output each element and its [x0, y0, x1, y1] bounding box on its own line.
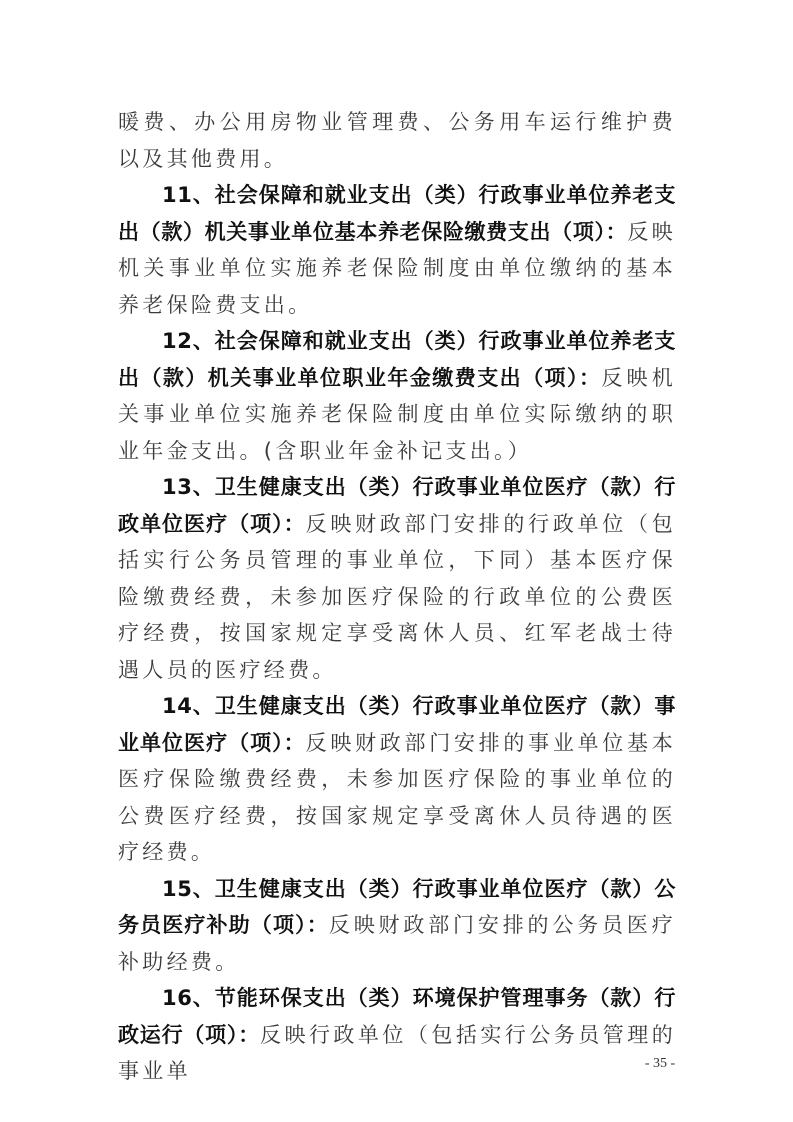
document-body: 暖费、办公用房物业管理费、公务用车运行维护费以及其他费用。 11、社会保障和就业… [118, 104, 676, 1090]
paragraph-item-11: 11、社会保障和就业支出（类）行政事业单位养老支出（款）机关事业单位基本养老保险… [118, 177, 676, 323]
paragraph-heading: 12、社会保障和就业支出（类）行政事业单位养老支出（款）机关事业单位职业年金缴费… [118, 329, 676, 390]
paragraph-text: 反映财政部门安排的行政单位（包括实行公务员管理的事业单位，下同）基本医疗保险缴费… [118, 512, 676, 682]
paragraph-item-13: 13、卫生健康支出（类）行政事业单位医疗（款）行政单位医疗（项）：反映财政部门安… [118, 469, 676, 688]
document-page: 暖费、办公用房物业管理费、公务用车运行维护费以及其他费用。 11、社会保障和就业… [0, 0, 793, 1122]
page-number: - 35 - [600, 1056, 720, 1072]
paragraph-heading: 11、社会保障和就业支出（类）行政事业单位养老支出（款）机关事业单位基本养老保险… [118, 183, 676, 244]
paragraph-item-14: 14、卫生健康支出（类）行政事业单位医疗（款）事业单位医疗（项）：反映财政部门安… [118, 688, 676, 871]
paragraph-item-15: 15、卫生健康支出（类）行政事业单位医疗（款）公务员医疗补助（项）：反映财政部门… [118, 871, 676, 981]
paragraph-item-16: 16、节能环保支出（类）环境保护管理事务（款）行政运行（项）：反映行政单位（包括… [118, 980, 676, 1090]
paragraph-item-12: 12、社会保障和就业支出（类）行政事业单位养老支出（款）机关事业单位职业年金缴费… [118, 323, 676, 469]
paragraph-continuation: 暖费、办公用房物业管理费、公务用车运行维护费以及其他费用。 [118, 104, 676, 177]
paragraph-text: 暖费、办公用房物业管理费、公务用车运行维护费以及其他费用。 [118, 110, 676, 171]
